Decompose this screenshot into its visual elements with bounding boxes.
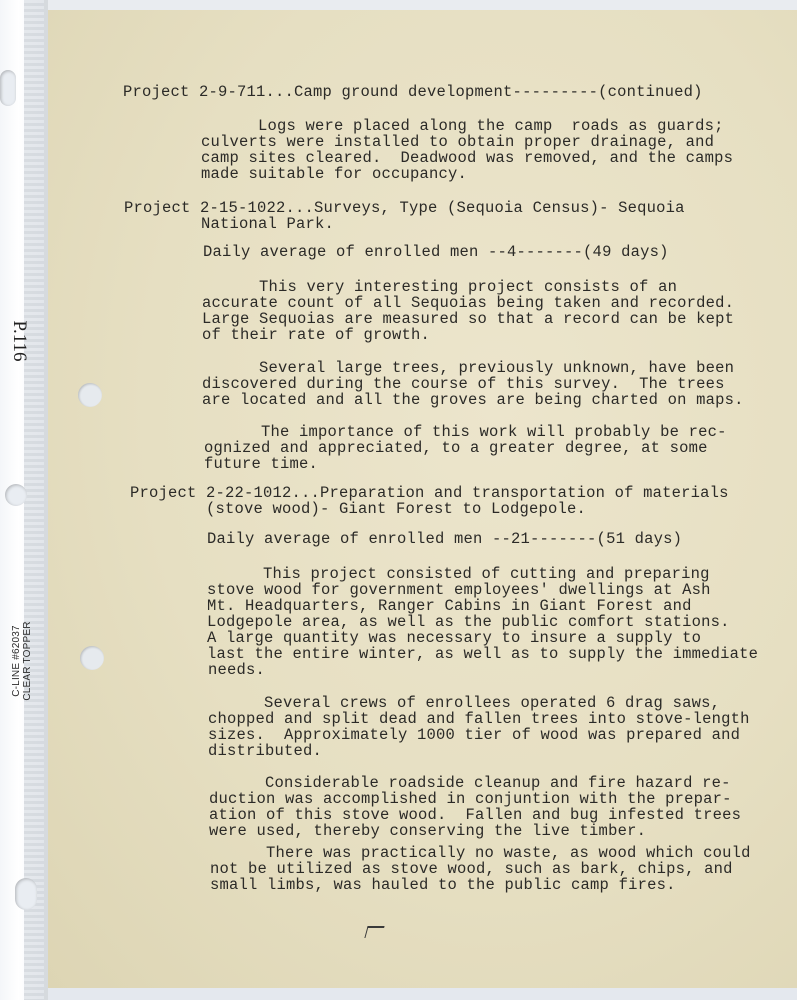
text-line: needs. — [208, 662, 265, 678]
text-line: sizes. Approximately 1000 tier of wood w… — [208, 727, 740, 743]
text-line: (stove wood)- Giant Forest to Lodgepole. — [206, 501, 586, 517]
text-line: accurate count of all Sequoias being tak… — [202, 295, 734, 311]
text-line: Logs were placed along the camp roads as… — [258, 118, 724, 134]
text-line: Several large trees, previously unknown,… — [259, 360, 734, 376]
text-line: Project 2-9-711...Camp ground developmen… — [123, 84, 703, 100]
text-line: The importance of this work will probabl… — [261, 424, 727, 440]
text-line: This project consisted of cutting and pr… — [263, 566, 710, 582]
text-line: Large Sequoias are measured so that a re… — [202, 311, 734, 327]
text-line: made suitable for occupancy. — [201, 166, 467, 182]
protector-label-line1: C-LINE #62037 — [11, 611, 22, 711]
punch-hole-top — [78, 383, 102, 407]
text-line: Several crews of enrollees operated 6 dr… — [264, 695, 720, 711]
text-line: Lodgepole area, as well as the public co… — [207, 614, 730, 630]
text-line: last the entire winter, as well as to su… — [207, 646, 758, 662]
text-line: of their rate of growth. — [202, 327, 430, 343]
text-line: future time. — [204, 456, 318, 472]
text-line: There was practically no waste, as wood … — [266, 845, 751, 861]
text-line: Project 2-15-1022...Surveys, Type (Sequo… — [124, 200, 685, 216]
text-line: discovered during the course of this sur… — [202, 376, 725, 392]
protector-hole-middle — [5, 484, 27, 506]
text-line: Mt. Headquarters, Ranger Cabins in Giant… — [207, 598, 692, 614]
text-line: duction was accomplished in conjuntion w… — [209, 791, 732, 807]
protector-brand-label: C-LINE #62037 CLEAR TOPPER — [11, 611, 33, 711]
text-line: chopped and split dead and fallen trees … — [208, 711, 750, 727]
text-line: were used, thereby conserving the live t… — [209, 823, 646, 839]
text-line: A large quantity was necessary to insure… — [207, 630, 701, 646]
text-line: Project 2-22-1012...Preparation and tran… — [130, 485, 729, 501]
sheet-protector-strip: P.116 C-LINE #62037 CLEAR TOPPER — [0, 0, 47, 1000]
text-line: camp sites cleared. Deadwood was removed… — [201, 150, 733, 166]
text-line: are located and all the groves are being… — [202, 392, 744, 408]
text-line: Daily average of enrolled men --21------… — [207, 531, 682, 547]
text-line: ognized and appreciated, to a greater de… — [204, 440, 708, 456]
text-line: National Park. — [201, 216, 334, 232]
protector-bottom-edge — [48, 988, 797, 1000]
page-number-annotation: P.116 — [8, 316, 30, 366]
handwritten-mark — [364, 926, 384, 938]
protector-hole-bottom — [15, 878, 37, 910]
text-line: small limbs, was hauled to the public ca… — [210, 877, 676, 893]
text-line: not be utilized as stove wood, such as b… — [210, 861, 733, 877]
text-line: stove wood for government employees' dwe… — [207, 582, 711, 598]
text-line: This very interesting project consists o… — [259, 279, 677, 295]
text-line: Daily average of enrolled men --4-------… — [203, 244, 669, 260]
text-line: distributed. — [208, 743, 322, 759]
protector-ribbed-edge — [24, 0, 44, 1000]
punch-hole-bottom — [80, 646, 104, 670]
text-line: Considerable roadside cleanup and fire h… — [265, 775, 731, 791]
text-line: culverts were installed to obtain proper… — [201, 134, 714, 150]
protector-label-line2: CLEAR TOPPER — [22, 611, 33, 711]
text-line: ation of this stove wood. Fallen and bug… — [209, 807, 741, 823]
protector-hole-top — [0, 70, 16, 106]
